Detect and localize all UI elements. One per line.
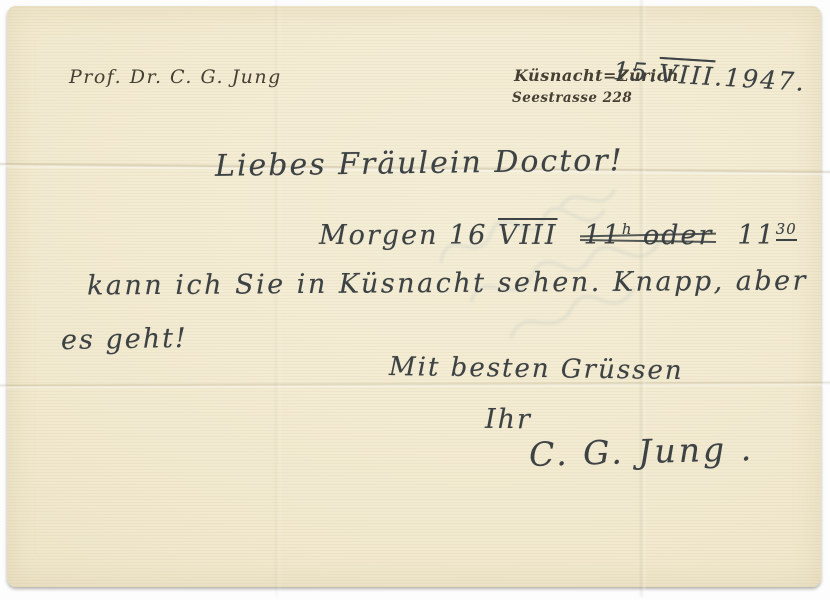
handwritten-date: 15.VIII.1947. bbox=[612, 56, 806, 97]
time-line-prefix: Morgen 16 bbox=[319, 220, 498, 251]
body-line-kann-ich: kann ich Sie in Küsnacht sehen. Knapp, a… bbox=[87, 265, 808, 301]
struck-hour: 11 bbox=[583, 220, 621, 251]
valediction: Ihr bbox=[485, 404, 532, 435]
vertical-fold-crease bbox=[640, 0, 645, 597]
date-day: 15. bbox=[612, 56, 659, 88]
salutation-line: Liebes Fräulein Doctor! bbox=[215, 143, 624, 184]
letter-photo: Prof. Dr. C. G. Jung Küsnacht=Zürich See… bbox=[0, 0, 830, 600]
letterhead-street: Seestrasse 228 bbox=[512, 90, 632, 106]
new-hour-superscript: 30 bbox=[776, 220, 797, 241]
struck-time: 11h oder bbox=[583, 220, 713, 251]
letterhead-name: Prof. Dr. C. G. Jung bbox=[69, 66, 282, 88]
date-year: .1947. bbox=[714, 62, 807, 97]
struck-word-oder: oder bbox=[632, 220, 713, 251]
letter-paper: Prof. Dr. C. G. Jung Küsnacht=Zürich See… bbox=[7, 6, 821, 587]
signature-cg-jung: C. G. Jung . bbox=[529, 429, 755, 474]
new-hour: 11 bbox=[737, 220, 775, 251]
horizontal-fold-crease-lower bbox=[0, 382, 830, 389]
closing-line: Mit besten Grüssen bbox=[389, 352, 684, 386]
new-time: 1130 bbox=[737, 220, 796, 251]
time-line: Morgen 16 VIII11h oder1130 bbox=[319, 220, 797, 251]
time-line-month-roman: VIII bbox=[498, 220, 558, 251]
struck-hour-superscript: h bbox=[622, 220, 633, 238]
date-month-roman: VIII bbox=[658, 59, 715, 91]
body-line-es-geht: es geht! bbox=[61, 323, 188, 356]
